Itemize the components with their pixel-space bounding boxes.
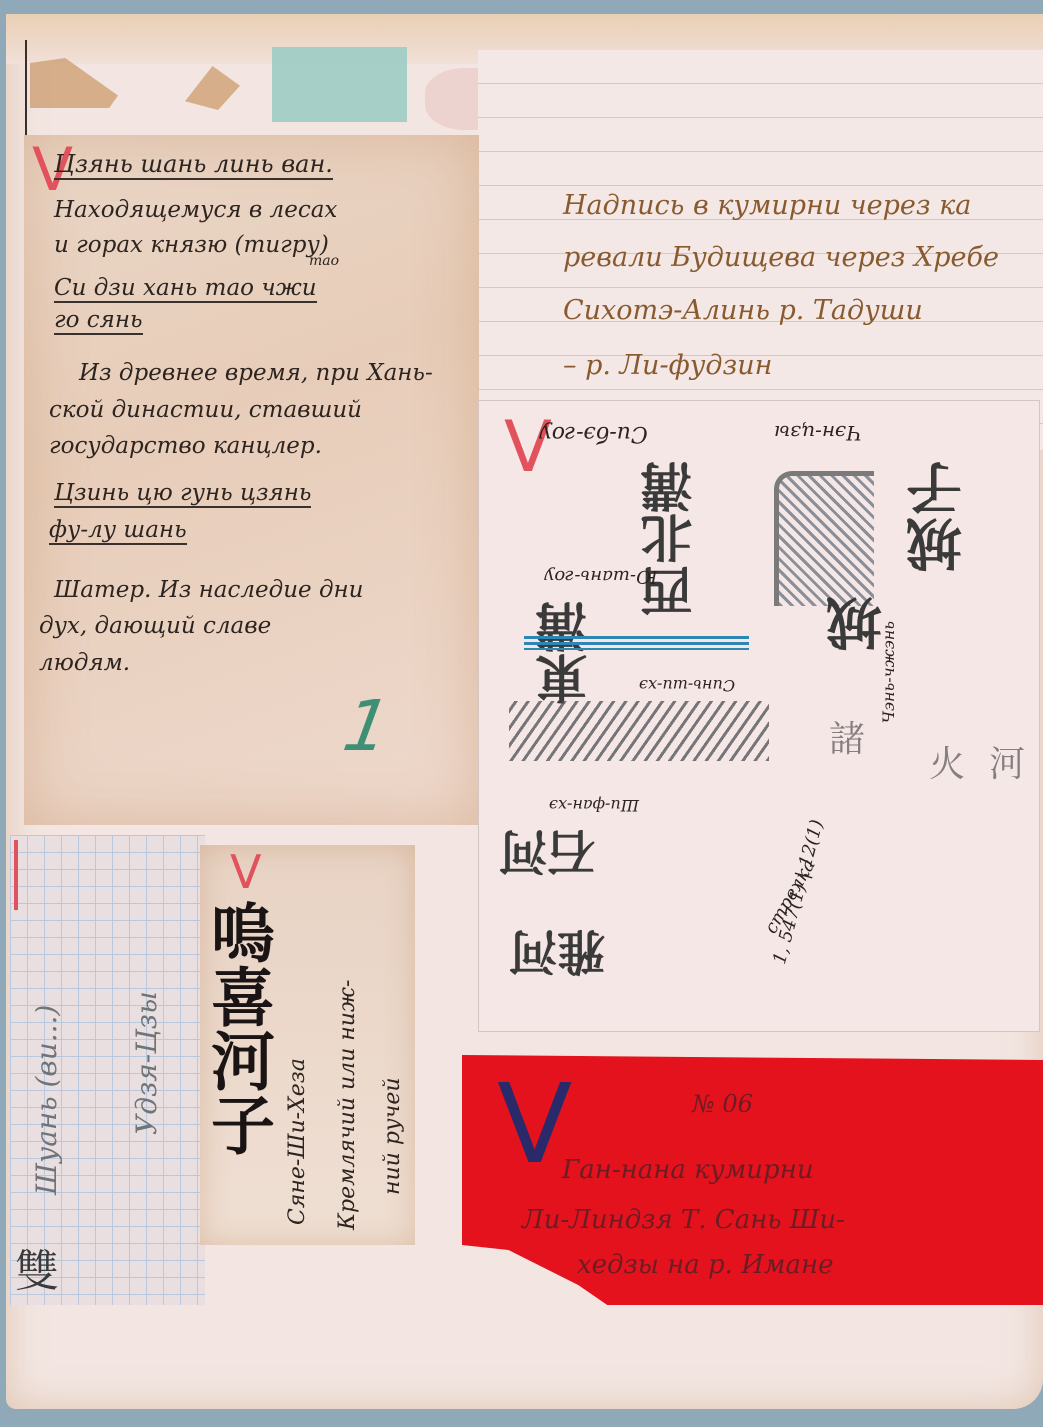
blue-check-mark: V xyxy=(497,1060,572,1188)
label-line: Ли-Линдзя Т. Сань Ши- xyxy=(522,1205,845,1235)
faded-character: 諸 xyxy=(829,711,865,762)
chinese-column: 城子 xyxy=(899,461,979,573)
chinese-column: 東溝 xyxy=(529,601,604,705)
note-line: людям. xyxy=(39,650,130,676)
romanization: Си-бэ-гоу xyxy=(539,421,648,446)
note-line: – р. Ли-фудзин xyxy=(563,350,772,381)
note-line: Из древнее время, при Хань- xyxy=(79,360,433,386)
blue-strikethrough xyxy=(524,636,749,650)
romanization: Синь-ши-хэ xyxy=(639,676,735,695)
romanization: Ю-шань-гоу xyxy=(544,566,657,587)
scribble-box xyxy=(774,471,874,606)
chinese-characters-sheet: V 西北溝 Си-бэ-гоу 東溝 Ю-шань-гоу 城子 Чэн-цзы… xyxy=(478,400,1040,1032)
note-line: Кремлячий или ниж- xyxy=(335,980,360,1230)
side-note: 1, 547(1) | 12(1) xyxy=(769,817,828,966)
label-line: № 06 xyxy=(692,1090,753,1118)
note-line: Шатер. Из наследие дни xyxy=(54,577,364,603)
note-line: Си дзи хань тао чжи xyxy=(54,275,317,303)
pencil-chinese: 雙 xyxy=(15,1235,59,1299)
note-line: Цзинь цю гунь цзянь xyxy=(54,480,311,508)
middle-note-strip: V 嗚喜河子 Сяне-Ши-Хеза Кремлячий или ниж- н… xyxy=(200,845,415,1245)
red-check-mark: V xyxy=(504,406,552,488)
chinese-column: 雅河 xyxy=(509,921,605,990)
green-mark: 1 xyxy=(329,685,403,767)
chinese-column: 西北溝 xyxy=(634,461,709,617)
chinese-column: 嗚喜河子 xyxy=(205,900,269,1156)
note-line: Сихотэ-Алинь р. Тадуши xyxy=(563,295,923,326)
red-mark xyxy=(14,840,18,910)
chinese-column: 石河 xyxy=(499,821,595,890)
note-line: ской династии, ставший xyxy=(49,397,362,423)
note-line: ний ручей xyxy=(380,1077,405,1195)
note-line: Находящемуся в лесах xyxy=(54,197,337,223)
note-line: государство канцлер. xyxy=(49,433,322,459)
faded-character: 河 xyxy=(989,736,1025,787)
pencil-note: Шуань (ви...) xyxy=(30,1005,63,1195)
label-line: хедзы на р. Имане xyxy=(577,1250,833,1280)
hatched-strikethrough xyxy=(509,701,769,761)
note-heading: Цзянь шань линь ван. xyxy=(54,150,333,180)
note-line: фу-лу шань xyxy=(49,517,187,545)
red-label: V № 06 Ган-нана кумирни Ли-Линдзя Т. Сан… xyxy=(462,1055,1043,1305)
note-line: го сянь xyxy=(54,307,143,335)
note-line: ревали Будищева через Хребе xyxy=(563,242,999,273)
note-line: Надпись в кумирни через ка xyxy=(563,190,971,221)
romanization: Ши-фан-хэ xyxy=(549,796,639,815)
note-line: и горах князю (тигру) xyxy=(54,232,329,258)
left-note-sheet: V Цзянь шань линь ван. Находящемуся в ле… xyxy=(24,135,479,825)
note-line: дух, дающий славе xyxy=(39,613,271,639)
label-line: Ган-нана кумирни xyxy=(562,1155,814,1185)
romanization: Чэн-цзы xyxy=(774,421,862,445)
teal-tape-piece xyxy=(272,47,407,122)
red-check-mark: V xyxy=(230,845,261,899)
insert-above: тао xyxy=(309,253,339,269)
romanization: Чэнь-чжэнь xyxy=(879,621,898,723)
note-line: Сяне-Ши-Хеза xyxy=(285,1058,310,1225)
graph-paper-strip: Шуань (ви...) Удзя-Цзы 雙 xyxy=(10,835,205,1305)
faded-character: 火 xyxy=(929,736,965,787)
pencil-note: Удзя-Цзы xyxy=(130,991,163,1135)
lined-sheet: Надпись в кумирни через ка ревали Будище… xyxy=(478,50,1043,450)
